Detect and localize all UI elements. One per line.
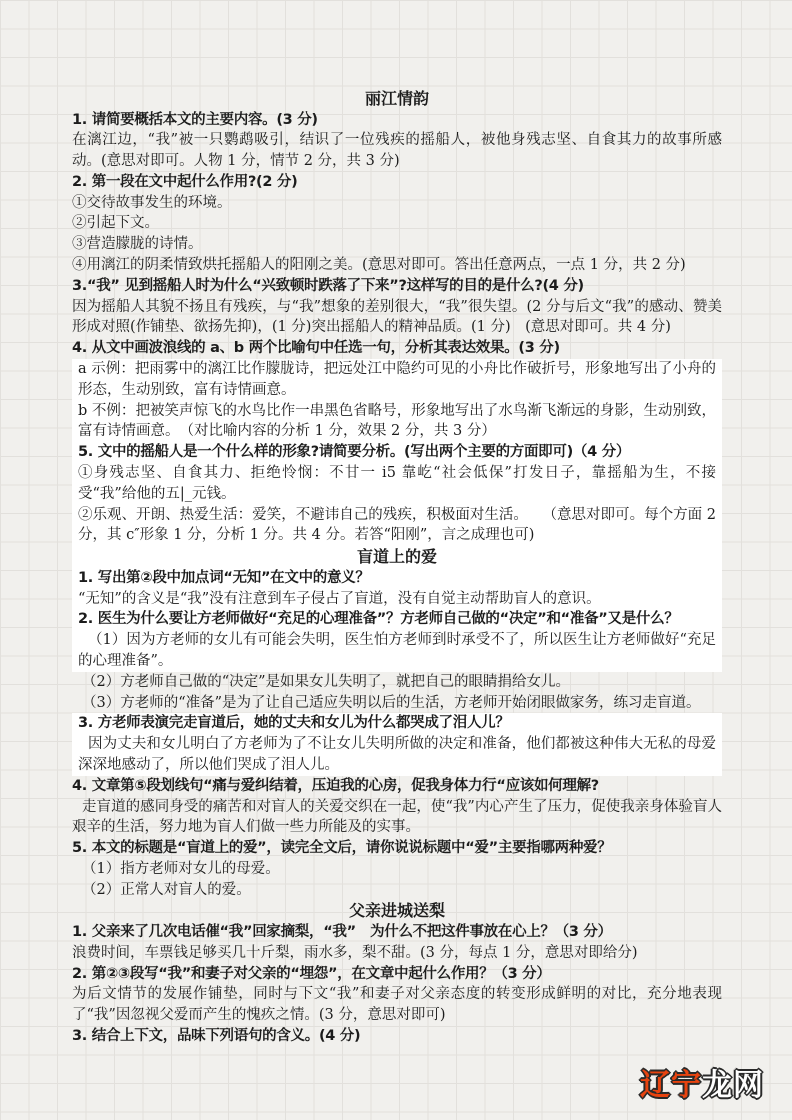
question-heading: 4. 文章第⑤段划线句“痛与爱纠结着，压迫我的心房，促我身体力行“应该如何理解? <box>72 776 722 797</box>
answer-paragraph: （1）因为方老师的女儿有可能会失明，医生怕方老师到时承受不了，所以医生让方老师做… <box>72 630 722 672</box>
question-heading: 1. 写出第②段中加点词“无知”在文中的意义？ <box>72 568 722 589</box>
answer-paragraph: 浪费时间，车票钱足够买几十斤梨，雨水多，梨不甜。(3 分，每点 1 分，意思对即… <box>72 943 722 964</box>
answer-paragraph: “无知”的含义是“我”没有注意到车子侵占了盲道，没有自觉主动帮助盲人的意识。 <box>72 589 722 610</box>
answer-paragraph: 为后文情节的发展作铺垫，同时与下文“我”和妻子对父亲态度的转变形成鲜明的对比，充… <box>72 984 722 1026</box>
question-heading: 5. 本文的标题是“盲道上的爱”，读完全文后，请你说说标题中“爱”主要指哪两种爱… <box>72 838 722 859</box>
answer-paragraph: 因为摇船人其貌不扬且有残疾，与“我”想象的差别很大，“我”很失望。(2 分与后文… <box>72 297 722 339</box>
question-heading: 3. 结合上下文，品味下列语句的含义。(4 分) <box>72 1026 722 1047</box>
document-body: 丽江情韵 1. 请简要概括本文的主要内容。(3 分) 在漓江边，“我”被一只鹦鹉… <box>72 88 722 1047</box>
answer-paragraph: ①交待故事发生的环境。 <box>72 193 722 214</box>
answer-paragraph: 在漓江边，“我”被一只鹦鹉吸引，结识了一位残疾的摇船人，被他身残志坚、自食其力的… <box>72 130 722 172</box>
site-watermark-part2: 龙网 <box>702 1068 764 1103</box>
question-heading: 4. 从文中画波浪线的 a、b 两个比喻句中任选一句，分析其表达效果。(3 分) <box>72 338 722 359</box>
answer-paragraph: 走盲道的感同身受的痛苦和对盲人的关爱交织在一起，使“我”内心产生了压力，促使我亲… <box>72 797 722 839</box>
question-heading: 2. 第一段在文中起什么作用?(2 分) <box>72 172 722 193</box>
question-heading: 2. 医生为什么要让方老师做好“充足的心理准备”？方老师自己做的“决定”和“准备… <box>72 609 722 630</box>
answer-paragraph: （1）指方老师对女儿的母爱。 <box>72 859 722 880</box>
section-title-lijiang: 丽江情韵 <box>72 88 722 110</box>
answer-paragraph: （2）方老师自己做的“决定”是如果女儿失明了，就把自己的眼睛捐给女儿。 <box>72 672 722 693</box>
answer-paragraph: b 不例：把被笑声惊飞的水鸟比作一串黑色省略号，形象地写出了水鸟渐飞渐远的身影，… <box>72 401 722 443</box>
question-heading: 2. 第②③段写“我”和妻子对父亲的“埋怨”，在文章中起什么作用？（3 分） <box>72 964 722 985</box>
section-title-fuqin: 父亲进城送梨 <box>72 900 722 922</box>
question-heading: 3. 方老师表演完走盲道后，她的丈夫和女儿为什么都哭成了泪人儿？ <box>72 713 722 734</box>
answer-paragraph: ③营造朦胧的诗情。 <box>72 234 722 255</box>
answer-paragraph: a 示例：把雨雾中的漓江比作朦胧诗，把远处江中隐约可见的小舟比作破折号，形象地写… <box>72 359 722 401</box>
question-heading: 1. 请简要概括本文的主要内容。(3 分) <box>72 110 722 131</box>
answer-paragraph: 因为丈夫和女儿明白了方老师为了不让女儿失明所做的决定和准备，他们都被这种伟大无私… <box>72 734 722 776</box>
question-heading: 1. 父亲来了几次电话催“我”回家摘梨，“我” 为什么不把这件事放在心上？（3 … <box>72 922 722 943</box>
section-title-mangdao: 盲道上的爱 <box>72 546 722 568</box>
question-heading: 5. 文中的摇船人是一个什么样的形象?请简要分析。(写出两个主要的方面即可)（4… <box>72 442 722 463</box>
page: { "watermark": { "part1": "辽宁", "part2":… <box>0 0 792 1120</box>
answer-paragraph: ①身残志坚、自食其力、拒绝怜悯：不甘一 i5 靠屹“社会低保”打发日子，靠摇船为… <box>72 463 722 505</box>
answer-paragraph: （2）正常人对盲人的爱。 <box>72 880 722 901</box>
site-watermark-part1: 辽宁 <box>640 1068 702 1103</box>
answer-paragraph: ④用漓江的阴柔情致烘托摇船人的阳刚之美。(意思对即可。答出任意两点，一点 1 分… <box>72 255 722 276</box>
site-watermark: 辽宁龙网 <box>640 1060 764 1104</box>
answer-paragraph: ②乐观、开朗、热爱生活：爱笑，不避讳自己的残疾，积极面对生活。 （意思对即可。每… <box>72 505 722 547</box>
answer-paragraph: ②引起下文。 <box>72 213 722 234</box>
question-heading: 3.“我” 见到摇船人时为什么“兴致顿时跌落了下来”?这样写的目的是什么?(4 … <box>72 276 722 297</box>
answer-paragraph: （3）方老师的“准备”是为了让自己适应失明以后的生活，方老师开始闭眼做家务，练习… <box>72 693 722 714</box>
